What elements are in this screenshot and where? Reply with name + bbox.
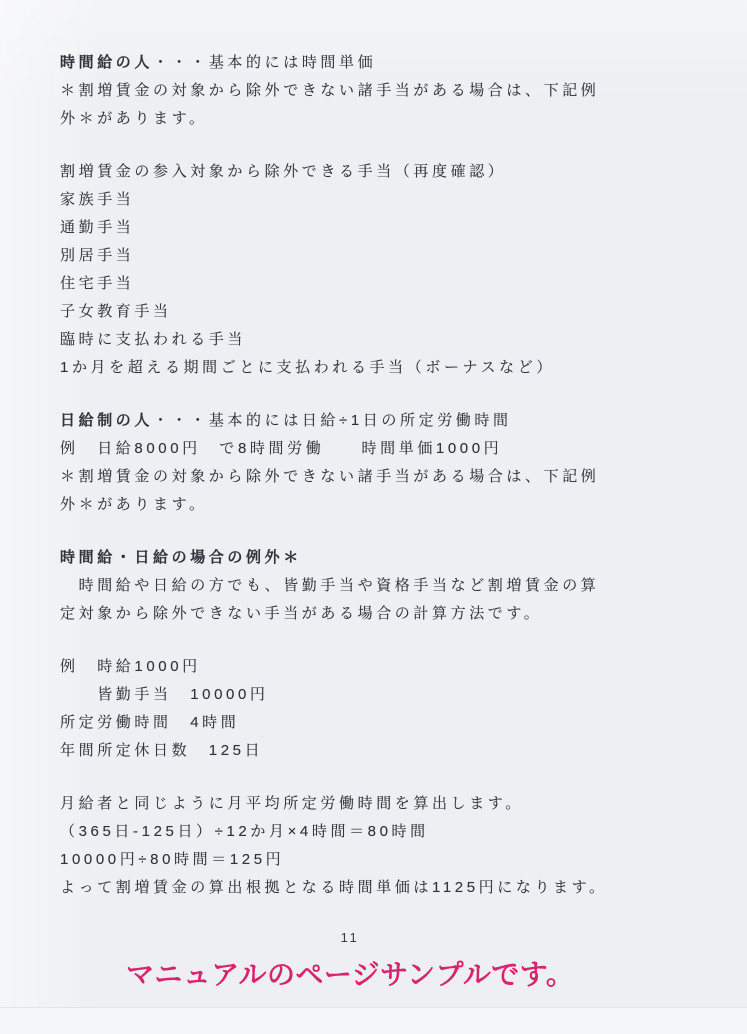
allowance-item: 臨時に支払われる手当 — [60, 326, 699, 354]
allowance-item: 住宅手当 — [60, 270, 699, 298]
daily-wage-heading-rest: ・・・基本的には日給÷1日の所定労働時間 — [153, 412, 512, 429]
example-case-line: 所定労働時間 4時間 — [60, 709, 699, 737]
calculation-line: （365日-125日）÷12か月×4時間＝80時間 — [60, 818, 699, 846]
allowance-item: 1か月を超える期間ごとに支払われる手当（ボーナスなど） — [60, 354, 699, 382]
daily-wage-note-line1: ＊割増賃金の対象から除外できない諸手当がある場合は、下記例 — [60, 463, 699, 491]
allowance-item: 家族手当 — [60, 186, 699, 214]
allowance-item: 子女教育手当 — [60, 298, 699, 326]
daily-wage-note-line2: 外＊があります。 — [60, 491, 699, 519]
hourly-wage-note-line1: ＊割増賃金の対象から除外できない諸手当がある場合は、下記例 — [60, 77, 699, 105]
hourly-wage-heading-line: 時間給の人・・・基本的には時間単価 — [60, 49, 699, 77]
daily-wage-heading-line: 日給制の人・・・基本的には日給÷1日の所定労働時間 — [60, 407, 699, 435]
allowance-item: 通勤手当 — [60, 214, 699, 242]
section-calculation: 月給者と同じように月平均所定労働時間を算出します。 （365日-125日）÷12… — [60, 790, 699, 902]
exception-body-line1: 時間給や日給の方でも、皆勤手当や資格手当など割増賃金の算 — [60, 572, 699, 600]
sample-caption: マニュアルのページサンプルです。 — [126, 953, 574, 993]
exception-body-line2: 定対象から除外できない手当がある場合の計算方法です。 — [60, 600, 699, 628]
section-hourly-wage: 時間給の人・・・基本的には時間単価 ＊割増賃金の対象から除外できない諸手当がある… — [60, 49, 699, 133]
daily-wage-heading: 日給制の人 — [60, 412, 153, 429]
section-exception: 時間給・日給の場合の例外＊ 時間給や日給の方でも、皆勤手当や資格手当など割増賃金… — [60, 544, 699, 628]
section-excludable-allowances: 割増賃金の参入対象から除外できる手当（再度確認） 家族手当 通勤手当 別居手当 … — [60, 158, 699, 382]
calculation-line: 10000円÷80時間＝125円 — [60, 846, 699, 874]
calculation-line: よって割増賃金の算出根拠となる時間単価は1125円になります。 — [60, 874, 699, 902]
scan-bottom-edge — [0, 1007, 747, 1034]
hourly-wage-note-line2: 外＊があります。 — [60, 105, 699, 133]
example-case-line: 皆勤手当 10000円 — [60, 681, 699, 709]
page-body-text: 時間給の人・・・基本的には時間単価 ＊割増賃金の対象から除外できない諸手当がある… — [60, 49, 699, 927]
example-case-line: 年間所定休日数 125日 — [60, 737, 699, 765]
page-number: 11 — [0, 930, 700, 945]
exception-heading: 時間給・日給の場合の例外＊ — [60, 549, 302, 566]
section-example-case: 例 時給1000円 皆勤手当 10000円 所定労働時間 4時間 年間所定休日数… — [60, 653, 699, 765]
section-daily-wage: 日給制の人・・・基本的には日給÷1日の所定労働時間 例 日給8000円 で8時間… — [60, 407, 699, 519]
hourly-wage-heading: 時間給の人 — [60, 54, 153, 71]
calculation-line: 月給者と同じように月平均所定労働時間を算出します。 — [60, 790, 699, 818]
excludable-allowances-title: 割増賃金の参入対象から除外できる手当（再度確認） — [60, 158, 699, 186]
scanned-manual-page: 時間給の人・・・基本的には時間単価 ＊割増賃金の対象から除外できない諸手当がある… — [0, 0, 747, 1034]
example-case-line: 例 時給1000円 — [60, 653, 699, 681]
hourly-wage-heading-rest: ・・・基本的には時間単価 — [153, 54, 376, 71]
daily-wage-example: 例 日給8000円 で8時間労働 時間単価1000円 — [60, 435, 699, 463]
exception-heading-line: 時間給・日給の場合の例外＊ — [60, 544, 699, 572]
allowance-item: 別居手当 — [60, 242, 699, 270]
